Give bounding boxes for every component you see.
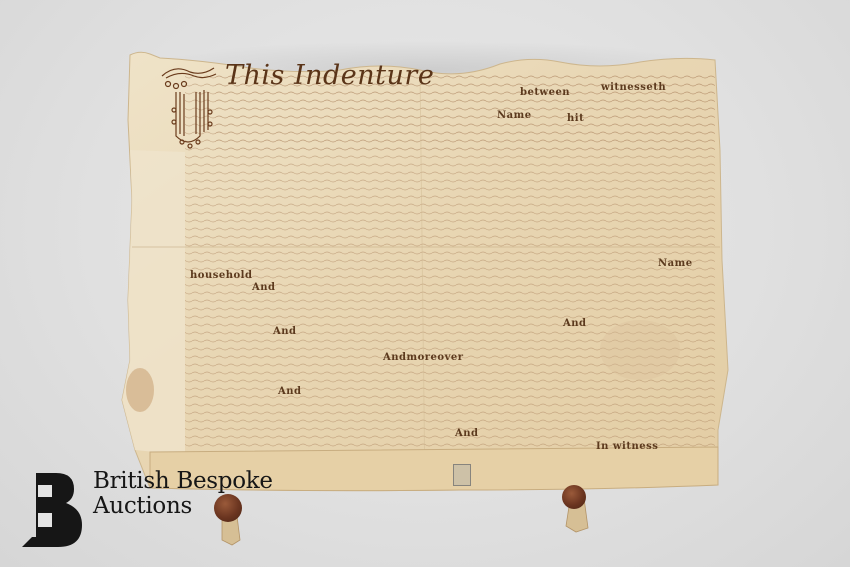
british-bespoke-logo-icon	[22, 471, 84, 547]
headword: And	[273, 326, 297, 337]
photo-scene: This Indenture betweenwitnessethNamehith…	[0, 0, 850, 567]
document-title-script: This Indenture	[225, 60, 434, 91]
brand-line-1: British Bespoke	[93, 469, 273, 494]
headword: household	[190, 270, 252, 281]
headword: In witness	[596, 441, 658, 452]
headword: And	[563, 318, 587, 329]
headword: between	[520, 87, 570, 98]
headword: Name	[658, 258, 693, 269]
headword: And	[252, 282, 276, 293]
headword: And	[278, 386, 302, 397]
headword: hit	[567, 113, 584, 124]
headword: witnesseth	[601, 82, 666, 93]
brand-name: British Bespoke Auctions	[93, 469, 273, 519]
decorated-initial-t	[160, 62, 218, 150]
brand-line-2: Auctions	[93, 494, 273, 519]
duty-stamp	[453, 464, 471, 486]
headword: Name	[497, 110, 532, 121]
headword: And	[455, 428, 479, 439]
headword: Andmoreover	[383, 352, 464, 363]
wax-seal-right	[562, 485, 586, 509]
